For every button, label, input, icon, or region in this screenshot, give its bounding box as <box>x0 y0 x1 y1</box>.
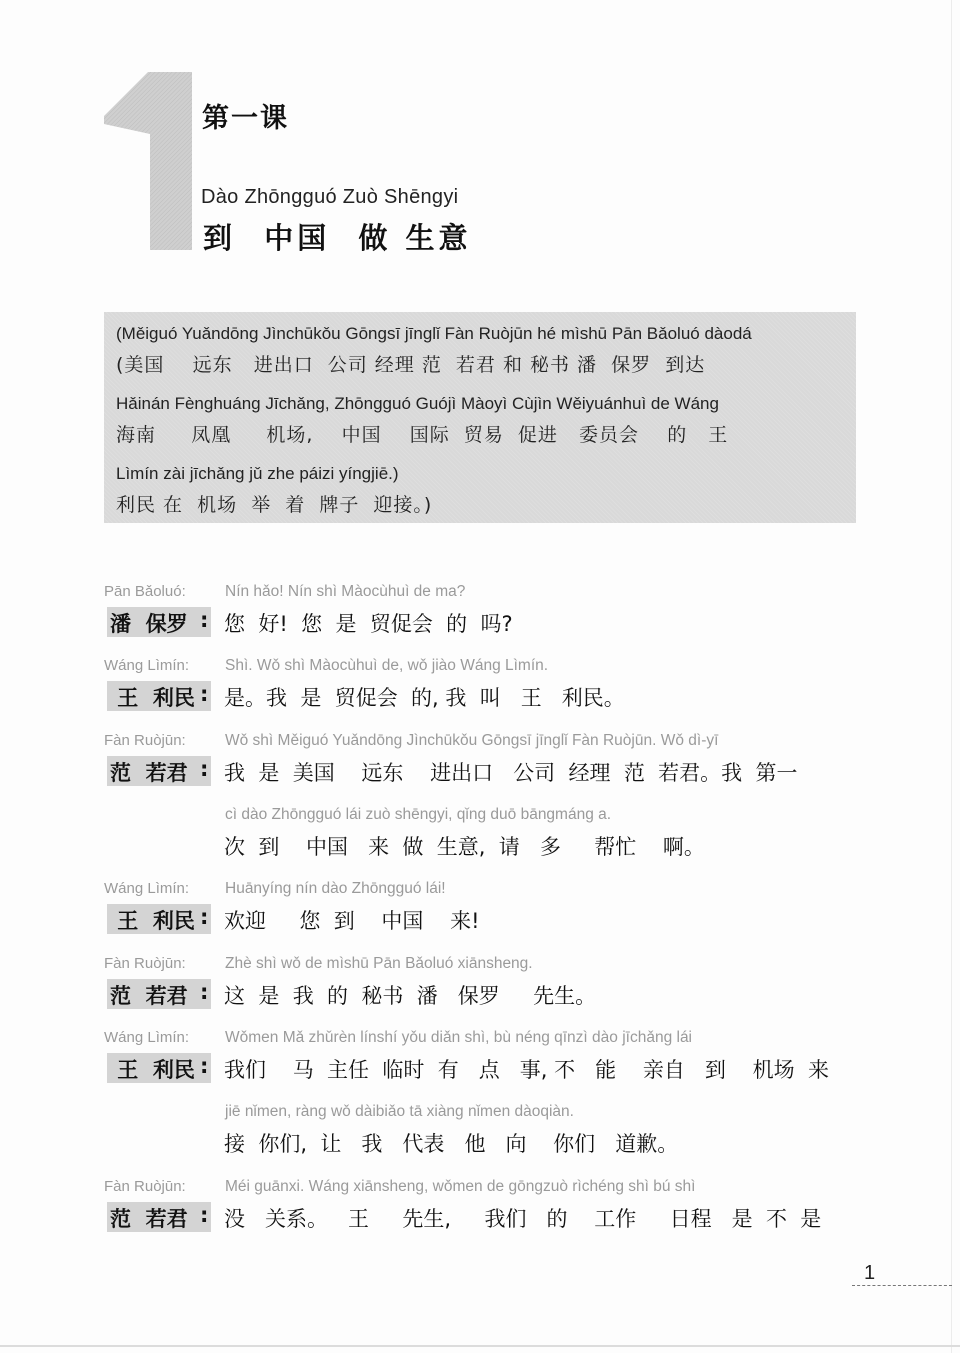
intro-pinyin-line: Hǎinán Fènghuáng Jīchǎng, Zhōngguó Guójì… <box>116 394 719 414</box>
speaker-colon: : <box>200 1203 208 1227</box>
line-hanzi: 欢迎 您 到 中国 来! <box>224 905 480 935</box>
page-number: 1 <box>864 1262 875 1285</box>
intro-hanzi-line: 海南 凤凰 机场, 中国 国际 贸易 促进 委员会 的 王 <box>116 420 728 447</box>
line-hanzi: 这 是 我 的 秘书 潘 保罗 先生。 <box>224 980 596 1010</box>
line-hanzi: 没 关系。 王 先生, 我们 的 工作 日程 是 不 是 <box>224 1203 821 1233</box>
speaker-pinyin: Wáng Lìmín: <box>104 1029 189 1046</box>
lesson-label: 第一课 <box>202 96 289 135</box>
line-hanzi: 我 是 美国 远东 进出口 公司 经理 范 若君。我 第一 <box>224 757 798 787</box>
speaker-hanzi: 潘 保罗 <box>110 608 188 638</box>
speaker-pinyin: Fàn Ruòjūn: <box>104 955 186 972</box>
intro-pinyin-line: Lìmín zài jīchǎng jǔ zhe páizi yíngjiē.) <box>116 464 399 484</box>
page-edge <box>951 0 952 1353</box>
line-pinyin: Shì. Wǒ shì Màocùhuì de, wǒ jiào Wáng Lì… <box>225 657 548 675</box>
speaker-hanzi: 王 利民 <box>110 682 195 712</box>
line-pinyin: cì dào Zhōngguó lái zuò shēngyi, qǐng du… <box>225 806 611 824</box>
line-pinyin: Wǒ shì Měiguó Yuǎndōng Jìnchūkǒu Gōngsī … <box>225 732 718 750</box>
line-pinyin: jiē nǐmen, ràng wǒ dàibiǎo tā xiàng nǐme… <box>225 1103 574 1121</box>
speaker-pinyin: Fàn Ruòjūn: <box>104 732 186 749</box>
line-hanzi: 是。我 是 贸促会 的, 我 叫 王 利民。 <box>224 682 625 712</box>
speaker-hanzi: 范 若君 <box>110 757 188 787</box>
line-pinyin: Méi guānxi. Wáng xiānsheng, wǒmen de gōn… <box>225 1178 695 1196</box>
speaker-colon: : <box>200 682 208 706</box>
intro-box: (Měiguó Yuǎndōng Jìnchūkǒu Gōngsī jīnglǐ… <box>104 312 856 523</box>
lesson-title-pinyin: Dào Zhōngguó Zuò Shēngyi <box>201 186 458 209</box>
lesson-number-graphic <box>104 72 192 250</box>
line-hanzi: 接 你们, 让 我 代表 他 向 你们 道歉。 <box>224 1128 678 1158</box>
speaker-colon: : <box>200 980 208 1004</box>
page-bottom-edge <box>0 1345 960 1347</box>
line-pinyin: Zhè shì wǒ de mìshū Pān Bǎoluó xiānsheng… <box>225 955 533 973</box>
speaker-hanzi: 范 若君 <box>110 980 188 1010</box>
speaker-pinyin: Pān Bǎoluó: <box>104 583 186 600</box>
intro-pinyin-line: (Měiguó Yuǎndōng Jìnchūkǒu Gōngsī jīnglǐ… <box>116 324 752 344</box>
line-hanzi: 您 好! 您 是 贸促会 的 吗? <box>224 608 513 638</box>
speaker-pinyin: Fàn Ruòjūn: <box>104 1178 186 1195</box>
speaker-colon: : <box>200 1054 208 1078</box>
speaker-pinyin: Wáng Lìmín: <box>104 657 189 674</box>
speaker-pinyin: Wáng Lìmín: <box>104 880 189 897</box>
line-pinyin: Wǒmen Mǎ zhǔrèn línshí yǒu diǎn shì, bù … <box>225 1029 692 1047</box>
intro-hanzi-line: 利民 在 机场 举 着 牌子 迎接。) <box>116 490 432 517</box>
line-hanzi: 我们 马 主任 临时 有 点 事, 不 能 亲自 到 机场 来 <box>224 1054 829 1084</box>
intro-hanzi-line: (美国 远东 进出口 公司 经理 范 若君 和 秘书 潘 保罗 到达 <box>116 350 705 377</box>
line-pinyin: Huānyíng nín dào Zhōngguó lái! <box>225 880 446 898</box>
speaker-colon: : <box>200 608 208 632</box>
speaker-hanzi: 范 若君 <box>110 1203 188 1233</box>
page-number-rule <box>852 1285 952 1286</box>
lesson-title: 到 中国 做 生意 <box>203 216 471 257</box>
speaker-hanzi: 王 利民 <box>110 1054 195 1084</box>
speaker-colon: : <box>200 905 208 929</box>
speaker-colon: : <box>200 757 208 781</box>
line-pinyin: Nín hǎo! Nín shì Màocùhuì de ma? <box>225 583 465 601</box>
speaker-hanzi: 王 利民 <box>110 905 195 935</box>
line-hanzi: 次 到 中国 来 做 生意, 请 多 帮忙 啊。 <box>224 831 705 861</box>
